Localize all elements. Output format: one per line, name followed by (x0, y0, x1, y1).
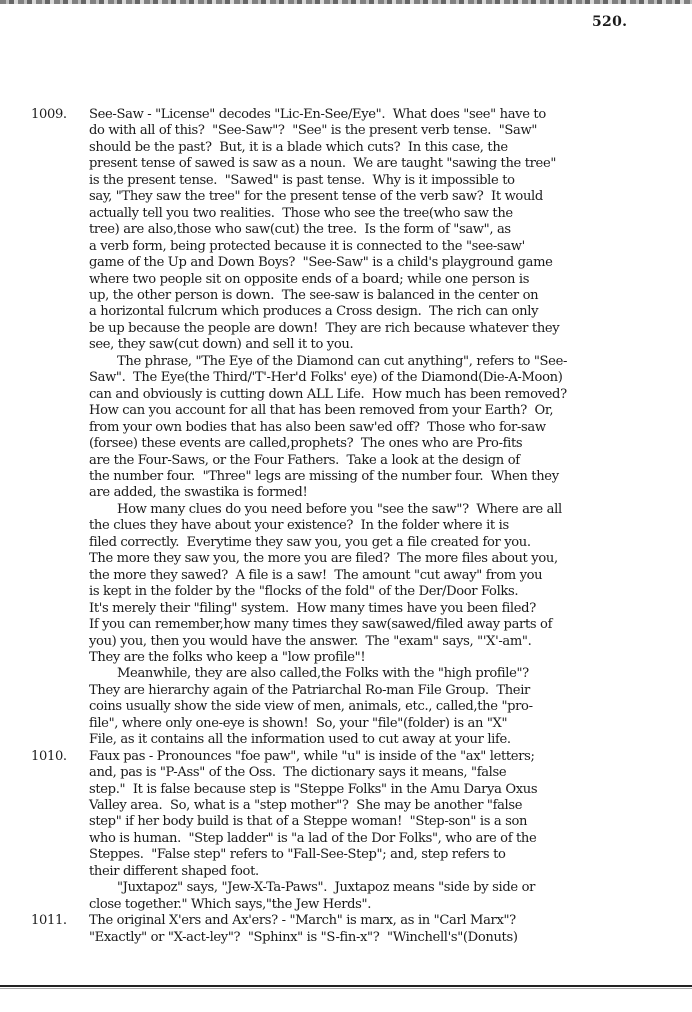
entry-number: 1010. (31, 749, 83, 765)
text-line: See-Saw - "License" decodes "Lic-En-See/… (89, 107, 651, 123)
text-line: present tense of sawed is saw as a noun.… (89, 156, 651, 172)
document-body: 1009. See-Saw - "License" decodes "Lic-E… (31, 107, 651, 946)
page-bottom-rule-shadow (0, 988, 692, 989)
text-line: Valley area. So, what is a "step mother"… (89, 798, 651, 814)
text-line: the more they sawed? A file is a saw! Th… (89, 568, 651, 584)
text-line: the number four. "Three" legs are missin… (89, 469, 651, 485)
text-line: The more they saw you, the more you are … (89, 551, 651, 567)
text-line: File, as it contains all the information… (89, 732, 651, 748)
text-line: should be the past? But, it is a blade w… (89, 140, 651, 156)
text-line: be up because the people are down! They … (89, 321, 651, 337)
text-line: The phrase, "The Eye of the Diamond can … (89, 354, 651, 370)
scan-top-edge (0, 0, 692, 4)
text-line: the clues they have about your existence… (89, 518, 651, 534)
entry-1009: 1009. See-Saw - "License" decodes "Lic-E… (31, 107, 651, 749)
text-line: close together." Which says,"the Jew Her… (89, 897, 651, 913)
text-line: are the Four-Saws, or the Four Fathers. … (89, 453, 651, 469)
text-line: Steppes. "False step" refers to "Fall-Se… (89, 847, 651, 863)
page-number: 520. (592, 14, 627, 30)
text-line: coins usually show the side view of men,… (89, 699, 651, 715)
text-line: "Juxtapoz" says, "Jew-X-Ta-Paws". Juxtap… (89, 880, 651, 896)
text-line: do with all of this? "See-Saw"? "See" is… (89, 123, 651, 139)
text-line: from your own bodies that has also been … (89, 420, 651, 436)
text-line: is the present tense. "Sawed" is past te… (89, 173, 651, 189)
text-line: is kept in the folder by the "flocks of … (89, 584, 651, 600)
text-line: Faux pas - Pronounces "foe paw", while "… (89, 749, 651, 765)
text-line: file", where only one-eye is shown! So, … (89, 716, 651, 732)
entry-1011: 1011. The original X'ers and Ax'ers? - "… (31, 913, 651, 946)
text-line: (forsee) these events are called,prophet… (89, 436, 651, 452)
text-line: filed correctly. Everytime they saw you,… (89, 535, 651, 551)
text-line: How many clues do you need before you "s… (89, 502, 651, 518)
text-line: Saw". The Eye(the Third/'T'-Her'd Folks'… (89, 370, 651, 386)
text-line: you) you, then you would have the answer… (89, 634, 651, 650)
text-line: tree) are also,those who saw(cut) the tr… (89, 222, 651, 238)
text-line: say, "They saw the tree" for the present… (89, 189, 651, 205)
text-line: The original X'ers and Ax'ers? - "March"… (89, 913, 651, 929)
text-line: are added, the swastika is formed! (89, 485, 651, 501)
text-line: step" if her body build is that of a Ste… (89, 814, 651, 830)
text-line: up, the other person is down. The see-sa… (89, 288, 651, 304)
text-line: their different shaped foot. (89, 864, 651, 880)
text-line: Meanwhile, they are also called,the Folk… (89, 666, 651, 682)
text-line: It's merely their "filing" system. How m… (89, 601, 651, 617)
text-line: where two people sit on opposite ends of… (89, 272, 651, 288)
page-bottom-rule (0, 985, 692, 987)
text-line: step." It is false because step is "Step… (89, 782, 651, 798)
text-line: "Exactly" or "X-act-ley"? "Sphinx" is "S… (89, 930, 651, 946)
text-line: a verb form, being protected because it … (89, 239, 651, 255)
text-line: who is human. "Step ladder" is "a lad of… (89, 831, 651, 847)
text-line: can and obviously is cutting down ALL Li… (89, 387, 651, 403)
entry-1010: 1010. Faux pas - Pronounces "foe paw", w… (31, 749, 651, 914)
text-line: They are the folks who keep a "low profi… (89, 650, 651, 666)
text-line: They are hierarchy again of the Patriarc… (89, 683, 651, 699)
text-line: and, pas is "P-Ass" of the Oss. The dict… (89, 765, 651, 781)
text-line: see, they saw(cut down) and sell it to y… (89, 337, 651, 353)
text-line: How can you account for all that has bee… (89, 403, 651, 419)
text-line: a horizontal fulcrum which produces a Cr… (89, 304, 651, 320)
text-line: actually tell you two realities. Those w… (89, 206, 651, 222)
entry-number: 1009. (31, 107, 83, 123)
text-line: If you can remember,how many times they … (89, 617, 651, 633)
text-line: game of the Up and Down Boys? "See-Saw" … (89, 255, 651, 271)
entry-number: 1011. (31, 913, 83, 929)
